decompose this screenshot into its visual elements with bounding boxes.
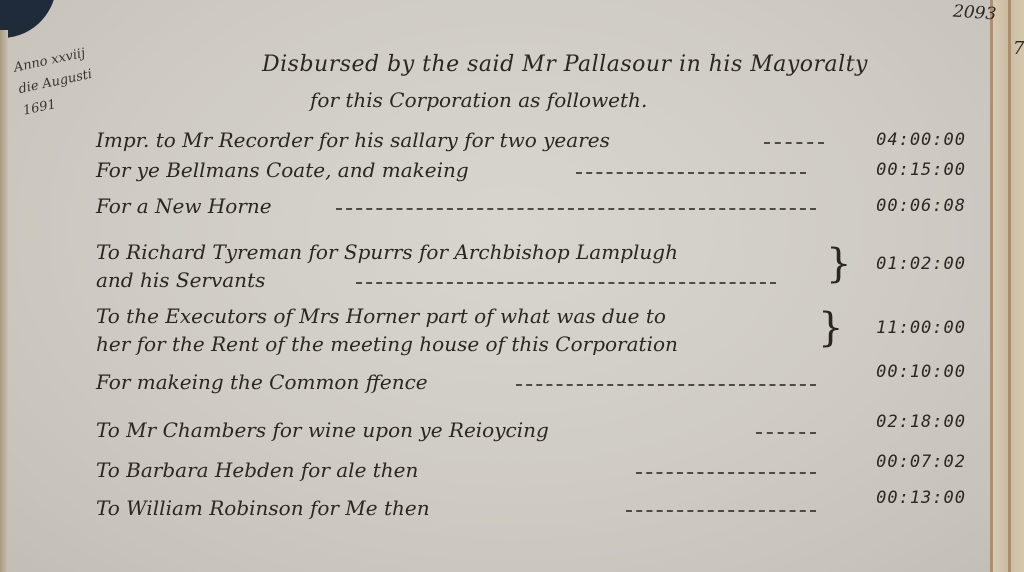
entry-amount: 02:18:00	[876, 412, 966, 432]
entry-description: For a New Horne	[96, 194, 272, 218]
leader-dashes	[336, 208, 816, 212]
entry-amount: 00:15:00	[876, 160, 966, 180]
page-edge-line	[1008, 0, 1011, 572]
binding-gutter	[0, 30, 8, 572]
entry-amount: 00:10:00	[876, 362, 966, 382]
entry-description: For ye Bellmans Coate, and makeing	[96, 158, 469, 182]
entry-description: Impr. to Mr Recorder for his sallary for…	[96, 128, 610, 152]
page-edge-line	[990, 0, 993, 572]
ledger-entry: For makeing the Common ffence 00:10:00	[96, 370, 966, 404]
entry-description: To Richard Tyreman for Spurrs for Archbi…	[96, 240, 678, 264]
ledger-entry: To Mr Chambers for wine upon ye Reioycin…	[96, 418, 966, 452]
brace-mark: }	[826, 244, 851, 284]
entry-description: To William Robinson for Me then	[96, 496, 430, 520]
ledger-entry: For a New Horne 00:06:08	[96, 194, 966, 228]
entry-amount: 00:06:08	[876, 196, 966, 216]
heading-line-1: Disbursed by the said Mr Pallasour in hi…	[262, 52, 868, 77]
ledger-entry: To Richard Tyreman for Spurrs for Archbi…	[96, 240, 966, 300]
margin-date-note: Anno xxviij die Augusti 1691	[12, 42, 99, 122]
entry-description: To Barbara Hebden for ale then	[96, 458, 418, 482]
folio-number: 2093	[952, 2, 997, 25]
ledger-entry: To William Robinson for Me then 00:13:00	[96, 496, 966, 530]
leader-dashes	[756, 432, 816, 436]
leader-dashes	[636, 472, 816, 476]
entry-amount: 04:00:00	[876, 130, 966, 150]
entry-amount: 00:13:00	[876, 488, 966, 508]
entry-description: To the Executors of Mrs Horner part of w…	[96, 304, 666, 328]
ledger-entry: Impr. to Mr Recorder for his sallary for…	[96, 128, 966, 162]
leader-dashes	[764, 142, 824, 146]
leader-dashes	[356, 282, 776, 286]
manuscript-page: 2093 7 Anno xxviij die Augusti 1691 Disb…	[0, 0, 1024, 572]
leader-dashes	[516, 384, 816, 388]
entry-description-continued: and his Servants	[96, 268, 265, 292]
brace-mark: }	[818, 308, 843, 348]
book-cover-corner	[0, 0, 63, 40]
leader-dashes	[576, 172, 806, 176]
leader-dashes	[626, 510, 816, 514]
entry-description: For makeing the Common ffence	[96, 370, 428, 394]
ledger-entry: To the Executors of Mrs Horner part of w…	[96, 304, 966, 364]
entry-description-continued: her for the Rent of the meeting house of…	[96, 332, 678, 356]
entry-amount: 01:02:00	[876, 254, 966, 274]
entry-amount: 11:00:00	[876, 318, 966, 338]
next-page-folio: 7	[1013, 38, 1024, 59]
ledger-entry: To Barbara Hebden for ale then 00:07:02	[96, 458, 966, 492]
ledger-entry: For ye Bellmans Coate, and makeing 00:15…	[96, 158, 966, 192]
heading-line-2: for this Corporation as followeth.	[310, 88, 647, 112]
entry-amount: 00:07:02	[876, 452, 966, 472]
entry-description: To Mr Chambers for wine upon ye Reioycin…	[96, 418, 549, 442]
